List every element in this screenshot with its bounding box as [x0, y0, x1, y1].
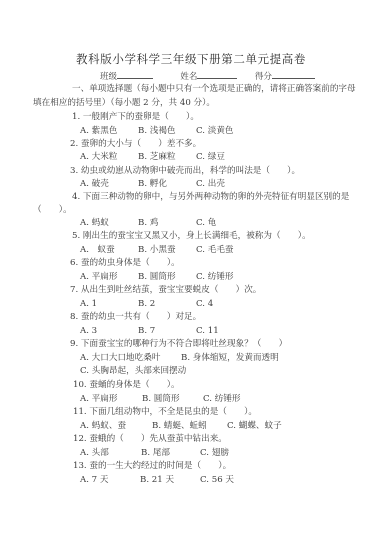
class-field[interactable] — [117, 69, 153, 79]
q3-option-c: C. 出壳 — [196, 179, 225, 190]
question-2: 2. 蚕卵的大小与（ ）差不多。 — [70, 139, 201, 150]
question-1: 1. 一般刚产下的蚕卵是（ ）。 — [72, 112, 199, 123]
q5-option-c: C. 毛毛蚕 — [196, 245, 234, 256]
question-11: 11. 下面几组动物中，不全是昆虫的是（ ）。 — [73, 407, 257, 418]
q2-option-c: C. 绿豆 — [196, 152, 225, 163]
q2-option-a: A. 大米粒 — [80, 152, 117, 163]
student-info-line: 班级 姓名 得分 — [100, 69, 315, 82]
q8-option-a: A. 3 — [80, 326, 97, 337]
q12-option-c: C. 翅膀 — [200, 448, 229, 459]
q7-option-a: A. 1 — [80, 299, 97, 310]
question-12: 12. 蚕蛾的（ ）先从蚕茧中钻出来。 — [73, 434, 227, 445]
question-13: 13. 蚕的一生大约经过的时间是（ ）。 — [73, 461, 231, 472]
question-8: 8. 蚕的幼虫一共有（ ）对足。 — [70, 312, 201, 323]
page-title: 教科版小学科学三年级下册第二单元提高卷 — [0, 51, 382, 67]
q1-option-b: B. 浅褐色 — [138, 126, 176, 137]
q13-option-a: A. 7 天 — [80, 475, 108, 486]
q9-option-b: B. 身体缩短，发黄而透明 — [181, 353, 279, 364]
q10-option-a: A. 平扁形 — [80, 394, 117, 405]
question-9: 9. 下面蚕宝宝的哪种行为不符合即将吐丝现象？（ ） — [70, 339, 287, 350]
q13-option-c: C. 56 天 — [200, 475, 234, 486]
q5-option-b: B. 小黑蚕 — [138, 245, 176, 256]
q4-option-c: C. 龟 — [196, 218, 216, 229]
name-label: 姓名 — [180, 70, 197, 82]
q9-option-c: C. 头胸昂起，头部来回摆动 — [80, 366, 186, 377]
q3-option-b: B. 孵化 — [138, 179, 167, 190]
q1-option-c: C. 淡黄色 — [196, 126, 234, 137]
q7-option-c: C. 4 — [196, 299, 213, 310]
question-6: 6. 蚕的幼虫身体是（ ）。 — [70, 258, 180, 269]
q5-option-a: A. 蚁蚕 — [80, 245, 115, 256]
q11-option-b: B. 蜻蜓、蚯蚓 — [152, 421, 207, 432]
question-10: 10. 蚕蛹的身体是（ ）。 — [73, 380, 180, 391]
q3-option-a: A. 破壳 — [80, 179, 109, 190]
q4-option-a: A. 蚂蚁 — [80, 218, 109, 229]
q12-option-b: B. 尾部 — [141, 448, 170, 459]
q1-option-a: A. 紫黑色 — [80, 126, 117, 137]
q8-option-c: C. 11 — [196, 326, 219, 337]
q10-option-b: B. 圆筒形 — [142, 394, 180, 405]
q10-option-c: C. 纺锤形 — [203, 394, 241, 405]
question-4: 4. 下面三种动物的卵中，与另外两种动物的卵的外壳特征有明显区别的是 — [72, 192, 349, 203]
q11-option-a: A. 蚂蚁、蚕 — [80, 421, 126, 432]
section-heading: 一、单项选择题（每小题中只有一个选项是正确的，请将正确答案前的字母 — [72, 84, 356, 95]
q11-option-c: C. 蝴蝶、蚊子 — [227, 421, 282, 432]
question-3: 3. 幼虫或幼崽从动物卵中破壳而出，科学的叫法是（ ）。 — [70, 166, 300, 177]
question-5: 5. 刚出生的蚕宝宝又黑又小，身上长满细毛，被称为（ ）。 — [72, 231, 311, 242]
score-label: 得分 — [255, 70, 272, 82]
section-heading-cont: 填在相应的括号里）（每小题 2 分，共 40 分）。 — [33, 98, 215, 109]
q6-option-b: B. 圆筒形 — [138, 272, 176, 283]
q8-option-b: B. 7 — [138, 326, 155, 337]
score-field[interactable] — [272, 69, 315, 79]
q7-option-b: B. 2 — [138, 299, 155, 310]
name-field[interactable] — [197, 69, 237, 79]
question-4-cont: （ ）。 — [33, 205, 72, 216]
q12-option-a: A. 头部 — [80, 448, 109, 459]
q4-option-b: B. 鸡 — [138, 218, 158, 229]
exam-page: 教科版小学科学三年级下册第二单元提高卷 班级 姓名 得分 一、单项选择题（每小题… — [0, 0, 382, 540]
q2-option-b: B. 芝麻粒 — [138, 152, 176, 163]
q6-option-a: A. 平扁形 — [80, 272, 117, 283]
q9-option-a: A. 大口大口地吃桑叶 — [80, 353, 160, 364]
question-7: 7. 从出生到吐丝结茧，蚕宝宝要蜕皮（ ）次。 — [70, 285, 261, 296]
q13-option-b: B. 21 天 — [140, 475, 174, 486]
class-label: 班级 — [100, 70, 117, 82]
q6-option-c: C. 纺锤形 — [196, 272, 234, 283]
